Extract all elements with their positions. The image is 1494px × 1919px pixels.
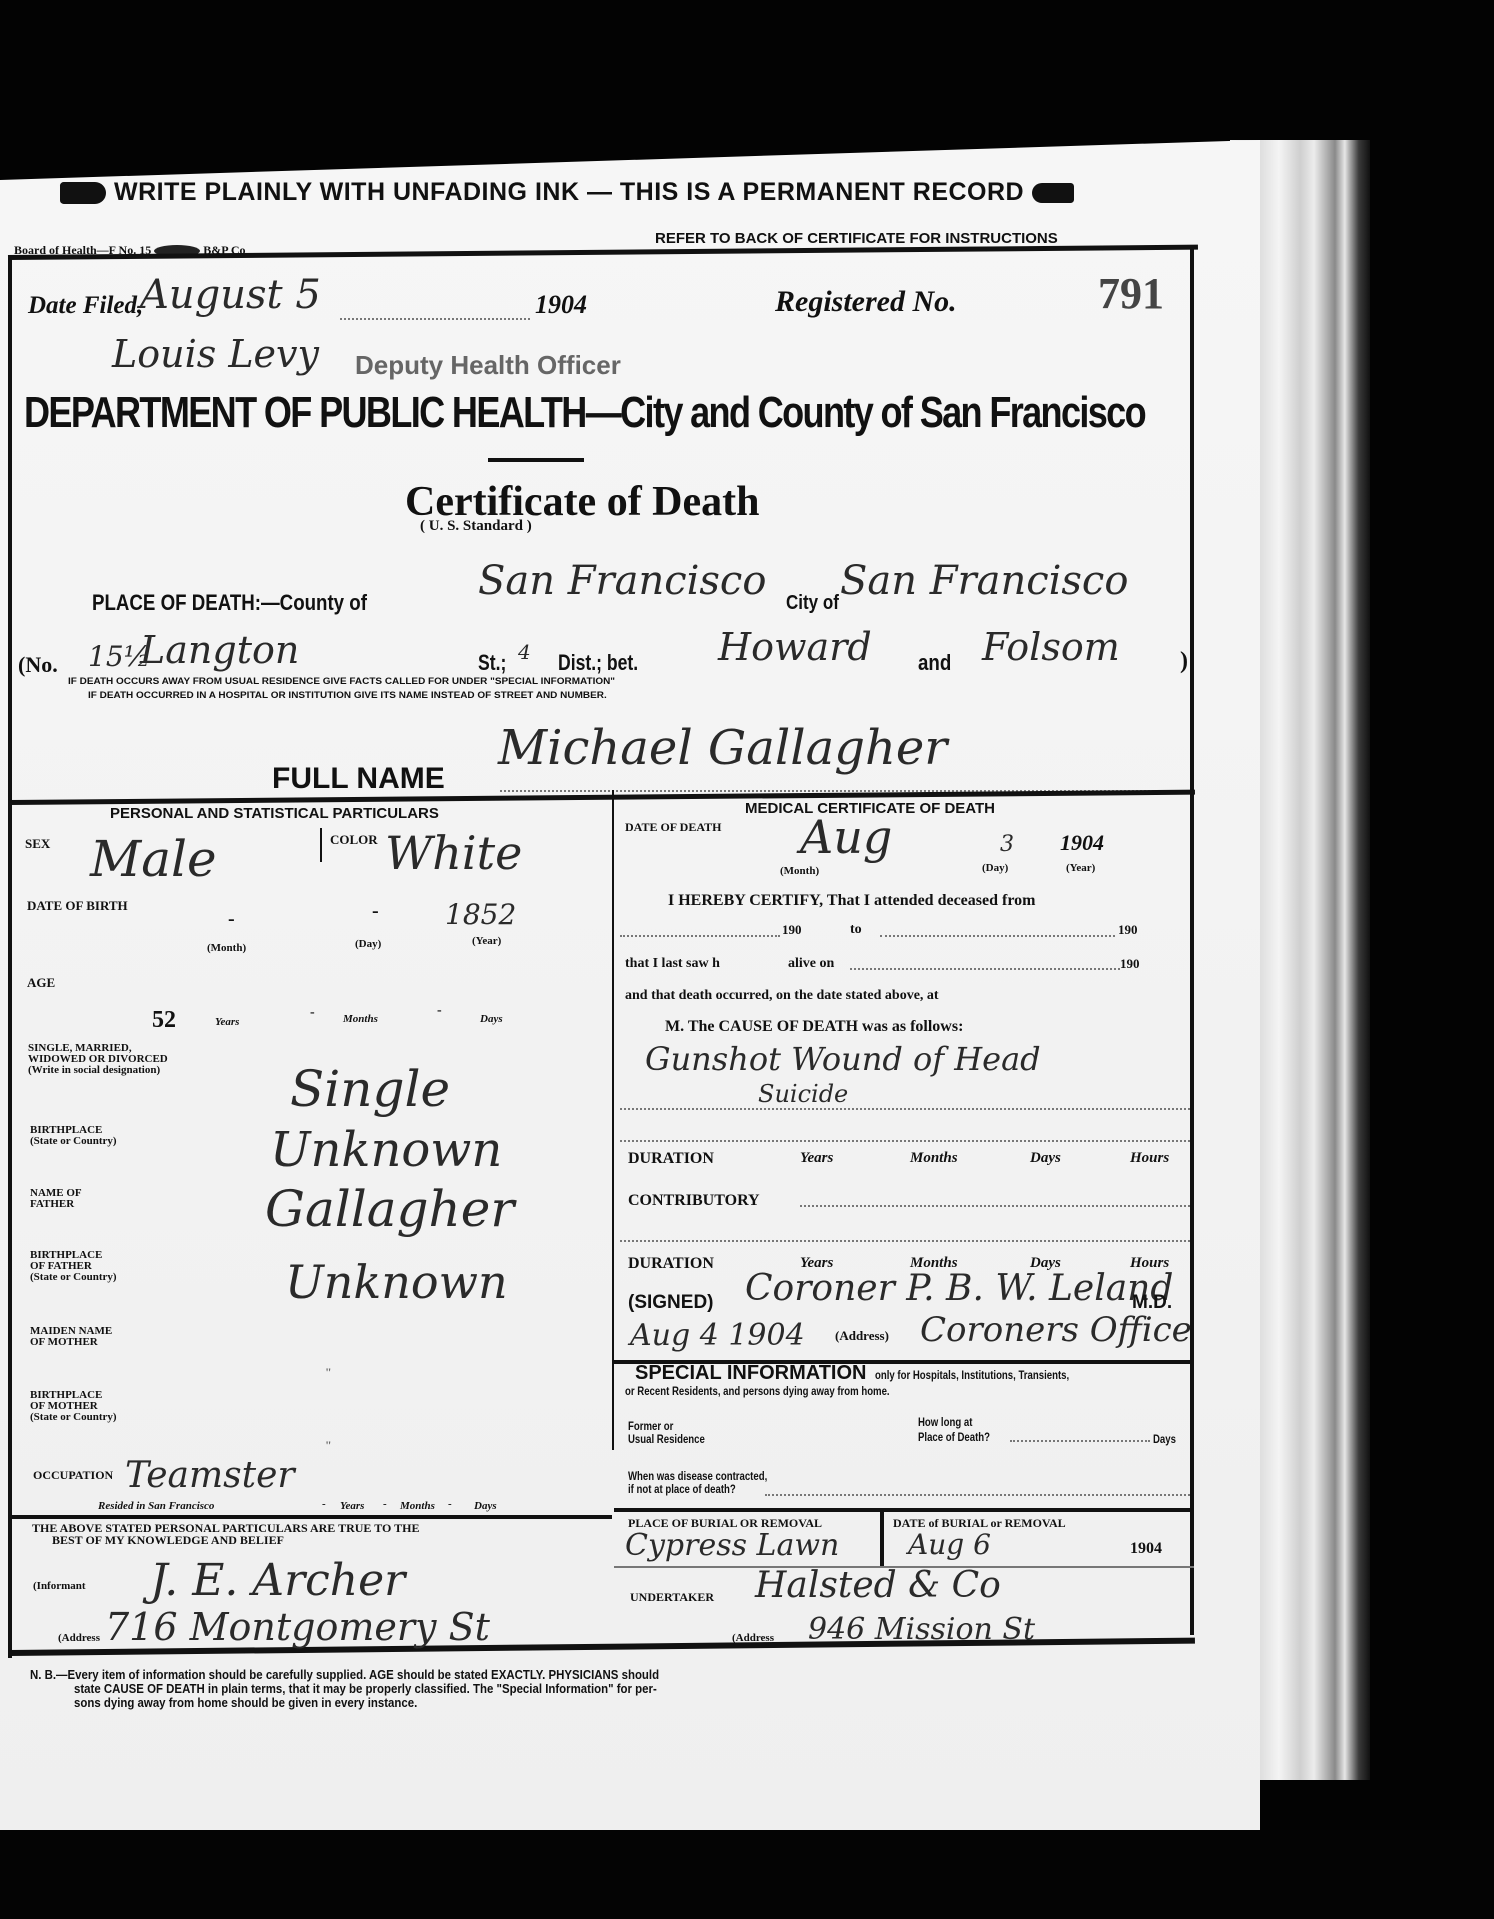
residence-note-1: IF DEATH OCCURS AWAY FROM USUAL RESIDENC…	[68, 676, 615, 687]
resided-months: -	[383, 1498, 387, 1510]
date-filed-rule	[340, 318, 530, 320]
marital-value: Single	[290, 1060, 450, 1118]
department-heading: DEPARTMENT OF PUBLIC HEALTH—City and Cou…	[24, 388, 1172, 438]
dob-day: -	[372, 900, 379, 923]
informant-name: J. E. Archer	[150, 1555, 405, 1606]
age-label: AGE	[27, 975, 55, 991]
occupation-label: OCCUPATION	[33, 1468, 113, 1483]
burial-date: Aug 6	[908, 1528, 991, 1561]
instructions-note: REFER TO BACK OF CERTIFICATE FOR INSTRUC…	[655, 230, 1058, 247]
sex-value: Male	[90, 830, 217, 888]
alive-rule	[850, 968, 1120, 970]
title-rule	[488, 458, 584, 462]
color-label: COLOR	[330, 832, 378, 848]
pointing-hand-icon	[1032, 183, 1074, 203]
registered-number: 791	[1098, 268, 1164, 319]
from-rule	[620, 935, 780, 937]
signer-address-label: (Address)	[835, 1328, 889, 1344]
number-label: (No.	[18, 652, 58, 678]
former-residence-label: Former orUsual Residence	[628, 1420, 705, 1446]
how-long-label: How long atPlace of Death?	[918, 1415, 990, 1445]
age-years: 52	[152, 1007, 176, 1034]
registered-label: Registered No.	[775, 285, 957, 319]
days-label: Days	[1153, 1432, 1176, 1446]
dob-month: -	[228, 908, 235, 931]
full-name-value: Michael Gallagher	[498, 720, 947, 776]
burial-divider	[614, 1508, 1194, 1512]
duration-label-2: DURATION	[628, 1255, 714, 1273]
burial-place: Cypress Lawn	[625, 1528, 839, 1563]
undertaker-label: UNDERTAKER	[630, 1590, 714, 1605]
dod-day: 3	[1000, 832, 1014, 857]
dob-year: 1852	[445, 898, 516, 931]
duration-label: DURATION	[628, 1150, 714, 1168]
age-months-caption: Months	[343, 1013, 378, 1025]
father-name-label: NAME OFFATHER	[30, 1188, 82, 1210]
cause-of-death: Gunshot Wound of Head	[645, 1040, 1041, 1078]
duration-hours: Hours	[1130, 1150, 1169, 1167]
age-days-caption: Days	[480, 1013, 503, 1025]
contributory-label: CONTRIBUTORY	[628, 1192, 760, 1210]
burial-year: 1904	[1130, 1540, 1162, 1558]
signer-address: Coroners Office	[920, 1310, 1192, 1350]
occurred-statement: and that death occurred, on the date sta…	[625, 988, 939, 1004]
father-birthplace-value: Unknown	[285, 1255, 508, 1309]
undertaker-address: 946 Mission St	[808, 1612, 1035, 1647]
mother-maiden-label: MAIDEN NAMEOF MOTHER	[30, 1326, 112, 1348]
father-name-value: Gallagher	[265, 1180, 514, 1238]
to-label: to	[850, 922, 862, 938]
resided-days-caption: Days	[474, 1500, 497, 1512]
column-divider	[612, 790, 614, 1450]
deputy-signature: Louis Levy	[112, 332, 319, 376]
dob-year-caption: (Year)	[472, 935, 501, 947]
dob-day-caption: (Day)	[355, 938, 381, 950]
occupation-value: Teamster	[125, 1455, 295, 1496]
duration-years: Years	[800, 1150, 833, 1167]
informant-address-label: (Address	[58, 1632, 100, 1644]
cause-rule	[620, 1108, 1190, 1110]
signer-name: Coroner P. B. W. Leland	[745, 1268, 1173, 1309]
age-months: -	[310, 1005, 315, 1021]
close-paren: )	[1180, 648, 1188, 675]
attestation: THE ABOVE STATED PERSONAL PARTICULARS AR…	[32, 1522, 419, 1546]
age-days: -	[437, 1003, 442, 1019]
last-saw-label: that I last saw h	[625, 956, 720, 972]
street-name: Langton	[140, 628, 299, 672]
frame-left	[8, 258, 12, 1658]
father-birthplace-label: BIRTHPLACEOF FATHER(State or Country)	[30, 1250, 117, 1283]
date-filed-year: 1904	[535, 290, 587, 320]
special-title: SPECIAL INFORMATION	[635, 1362, 866, 1385]
county-value: San Francisco	[478, 558, 766, 604]
district-number: 4	[518, 640, 531, 664]
place-of-death-label: PLACE OF DEATH:—County of	[92, 590, 367, 616]
mother-maiden-value: "	[325, 1365, 332, 1380]
dod-year-caption: (Year)	[1066, 862, 1095, 874]
informant-address: 716 Montgomery St	[105, 1605, 490, 1649]
resided-days: -	[448, 1498, 452, 1510]
duration-days: Days	[1030, 1150, 1061, 1167]
dod-month-caption: (Month)	[780, 865, 819, 877]
frame-right	[1190, 245, 1194, 1635]
city-label: City of	[786, 592, 839, 615]
banner-headline: WRITE PLAINLY WITH UNFADING INK — THIS I…	[114, 178, 1024, 206]
between-street-2: Folsom	[982, 625, 1120, 669]
cause-of-death-secondary: Suicide	[758, 1080, 848, 1108]
birthplace-value: Unknown	[270, 1122, 502, 1178]
sex-label: SEX	[25, 836, 50, 852]
dod-year: 1904	[1060, 830, 1104, 856]
dod-label: DATE OF DEATH	[625, 820, 721, 835]
marital-label: SINGLE, MARRIED,WIDOWED OR DIVORCED(Writ…	[28, 1043, 168, 1076]
resided-years: -	[322, 1498, 326, 1510]
to-year: 190	[1118, 922, 1138, 938]
special-subtitle-1: only for Hospitals, Institutions, Transi…	[875, 1368, 1069, 1382]
full-name-label: FULL NAME	[272, 762, 445, 796]
dod-day-caption: (Day)	[982, 862, 1008, 874]
undertaker-address-label: (Address	[732, 1632, 774, 1644]
personal-section-title: PERSONAL AND STATISTICAL PARTICULARS	[110, 805, 439, 822]
signed-label: (SIGNED)	[628, 1292, 714, 1314]
dod-month: Aug	[800, 810, 892, 864]
color-value: White	[385, 826, 522, 880]
alive-on-label: alive on	[788, 956, 834, 972]
age-years-caption: Years	[215, 1016, 239, 1028]
contracted-label: When was disease contracted,if not at pl…	[628, 1470, 767, 1496]
cause-statement: M. The CAUSE OF DEATH was as follows:	[665, 1018, 963, 1036]
st-label: St.;	[478, 650, 506, 676]
from-year: 190	[782, 922, 802, 938]
duration-months: Months	[910, 1150, 958, 1167]
district-label: Dist.; bet.	[558, 650, 638, 676]
certificate-subtitle: ( U. S. Standard )	[420, 518, 532, 535]
date-filed-label: Date Filed,	[28, 292, 143, 320]
informant-label: (Informant	[33, 1580, 86, 1592]
between-street-1: Howard	[718, 625, 872, 669]
contributory-rule	[800, 1205, 1190, 1207]
date-filed-value: August 5	[140, 272, 321, 318]
mother-birthplace-value: "	[325, 1438, 332, 1453]
ink-warning-banner: WRITE PLAINLY WITH UNFADING INK — THIS I…	[60, 178, 1074, 207]
to-rule	[880, 935, 1115, 937]
contributory-rule-2	[620, 1240, 1190, 1242]
scan-background	[0, 1830, 1494, 1919]
residence-note-2: IF DEATH OCCURRED IN A HOSPITAL OR INSTI…	[88, 690, 607, 701]
signed-date: Aug 4 1904	[630, 1318, 805, 1353]
pointing-hand-icon	[60, 182, 106, 204]
dob-month-caption: (Month)	[207, 942, 246, 954]
alive-year: 190	[1120, 956, 1140, 972]
informant-divider	[12, 1515, 612, 1519]
mother-birthplace-label: BIRTHPLACEOF MOTHER(State or Country)	[30, 1390, 117, 1423]
undertaker-name: Halsted & Co	[755, 1565, 1001, 1606]
color-divider	[320, 828, 322, 862]
birthplace-label: BIRTHPLACE(State or Country)	[30, 1125, 117, 1147]
cause-rule-2	[620, 1140, 1190, 1142]
special-subtitle-2: or Recent Residents, and persons dying a…	[625, 1384, 890, 1398]
deputy-title: Deputy Health Officer	[355, 350, 621, 381]
how-long-rule	[1010, 1440, 1150, 1442]
footer-note: N. B.—Every item of information should b…	[30, 1668, 659, 1710]
dob-label: DATE OF BIRTH	[27, 898, 128, 914]
certify-statement: I HEREBY CERTIFY, That I attended deceas…	[668, 892, 1035, 910]
resided-years-caption: Years	[340, 1500, 364, 1512]
city-value: San Francisco	[840, 558, 1128, 604]
and-label: and	[918, 650, 951, 676]
burial-column-divider	[880, 1508, 884, 1566]
resided-label: Resided in San Francisco	[98, 1500, 214, 1512]
contracted-rule	[765, 1494, 1190, 1496]
resided-months-caption: Months	[400, 1500, 435, 1512]
